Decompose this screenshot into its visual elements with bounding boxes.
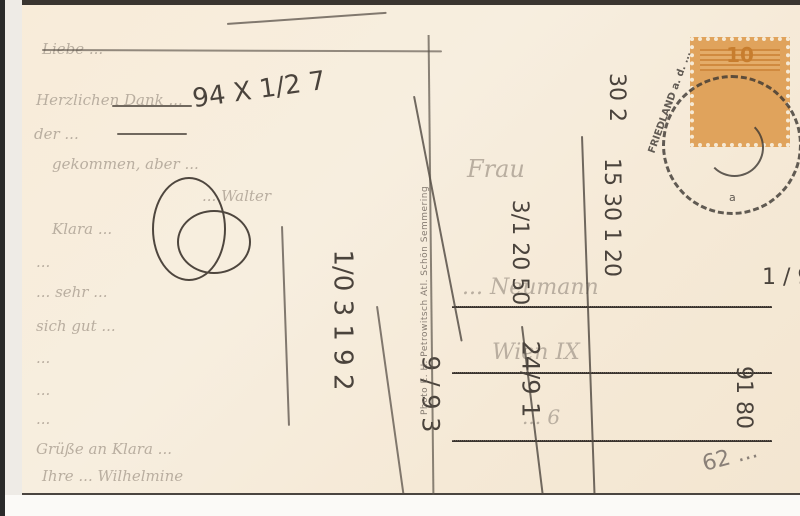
pencil-number: 30 2 (604, 73, 629, 122)
pencil-loop (177, 210, 251, 274)
scan-left-margin (5, 0, 22, 516)
postmark: FRIEDLAND a. d. ... a (662, 75, 800, 215)
pencil-stroke (117, 133, 187, 135)
pencil-number: 15 30 1 20 (599, 158, 624, 277)
message-line: ... (36, 381, 50, 399)
message-line: ... (36, 253, 50, 271)
postmark-inner-ring (705, 118, 764, 177)
pencil-stroke (227, 12, 387, 25)
message-line: Grüße an Klara ... (36, 440, 172, 458)
pencil-long-stroke (581, 136, 596, 506)
address-rule (452, 440, 772, 442)
message-line: der ... (34, 125, 79, 143)
address-rule (452, 306, 772, 308)
pencil-number: 91 80 (731, 366, 756, 429)
pencil-number: 1/0 3 1 9 2 (328, 249, 358, 390)
pencil-long-stroke (376, 306, 404, 494)
scan-bottom-margin (5, 495, 800, 516)
message-line: gekommen, aber ... (52, 155, 199, 173)
address-rule (452, 372, 772, 374)
publisher-imprint: Photo E. H. Petrowitsch Atl. Schön Semme… (420, 105, 444, 495)
pencil-number: 3/1 20 50 (507, 200, 532, 305)
message-line: sich gut ... (36, 317, 116, 335)
pencil-long-stroke (281, 226, 290, 426)
message-line: ... sehr ... (36, 283, 108, 301)
pencil-number: 24/9 1 (516, 341, 544, 418)
message-line: ... (36, 349, 50, 367)
postmark-letter: a (729, 191, 736, 204)
postcard: Liebe ... Herzlichen Dank ... der ... ge… (22, 5, 800, 495)
stamp-value: 10 (694, 43, 786, 67)
pencil-number: 62 ... (700, 438, 761, 477)
message-line: Ihre ... Wilhelmine (42, 467, 183, 485)
pencil-number: 94 X 1/2 7 (191, 66, 328, 114)
postmark-text: FRIEDLAND a. d. ... (647, 31, 701, 155)
address-line: Frau (467, 155, 525, 183)
message-line: ... (36, 410, 50, 428)
pencil-number: 1 / 9 (762, 265, 800, 290)
pencil-stroke (112, 105, 192, 107)
message-line: Klara ... (52, 220, 112, 238)
